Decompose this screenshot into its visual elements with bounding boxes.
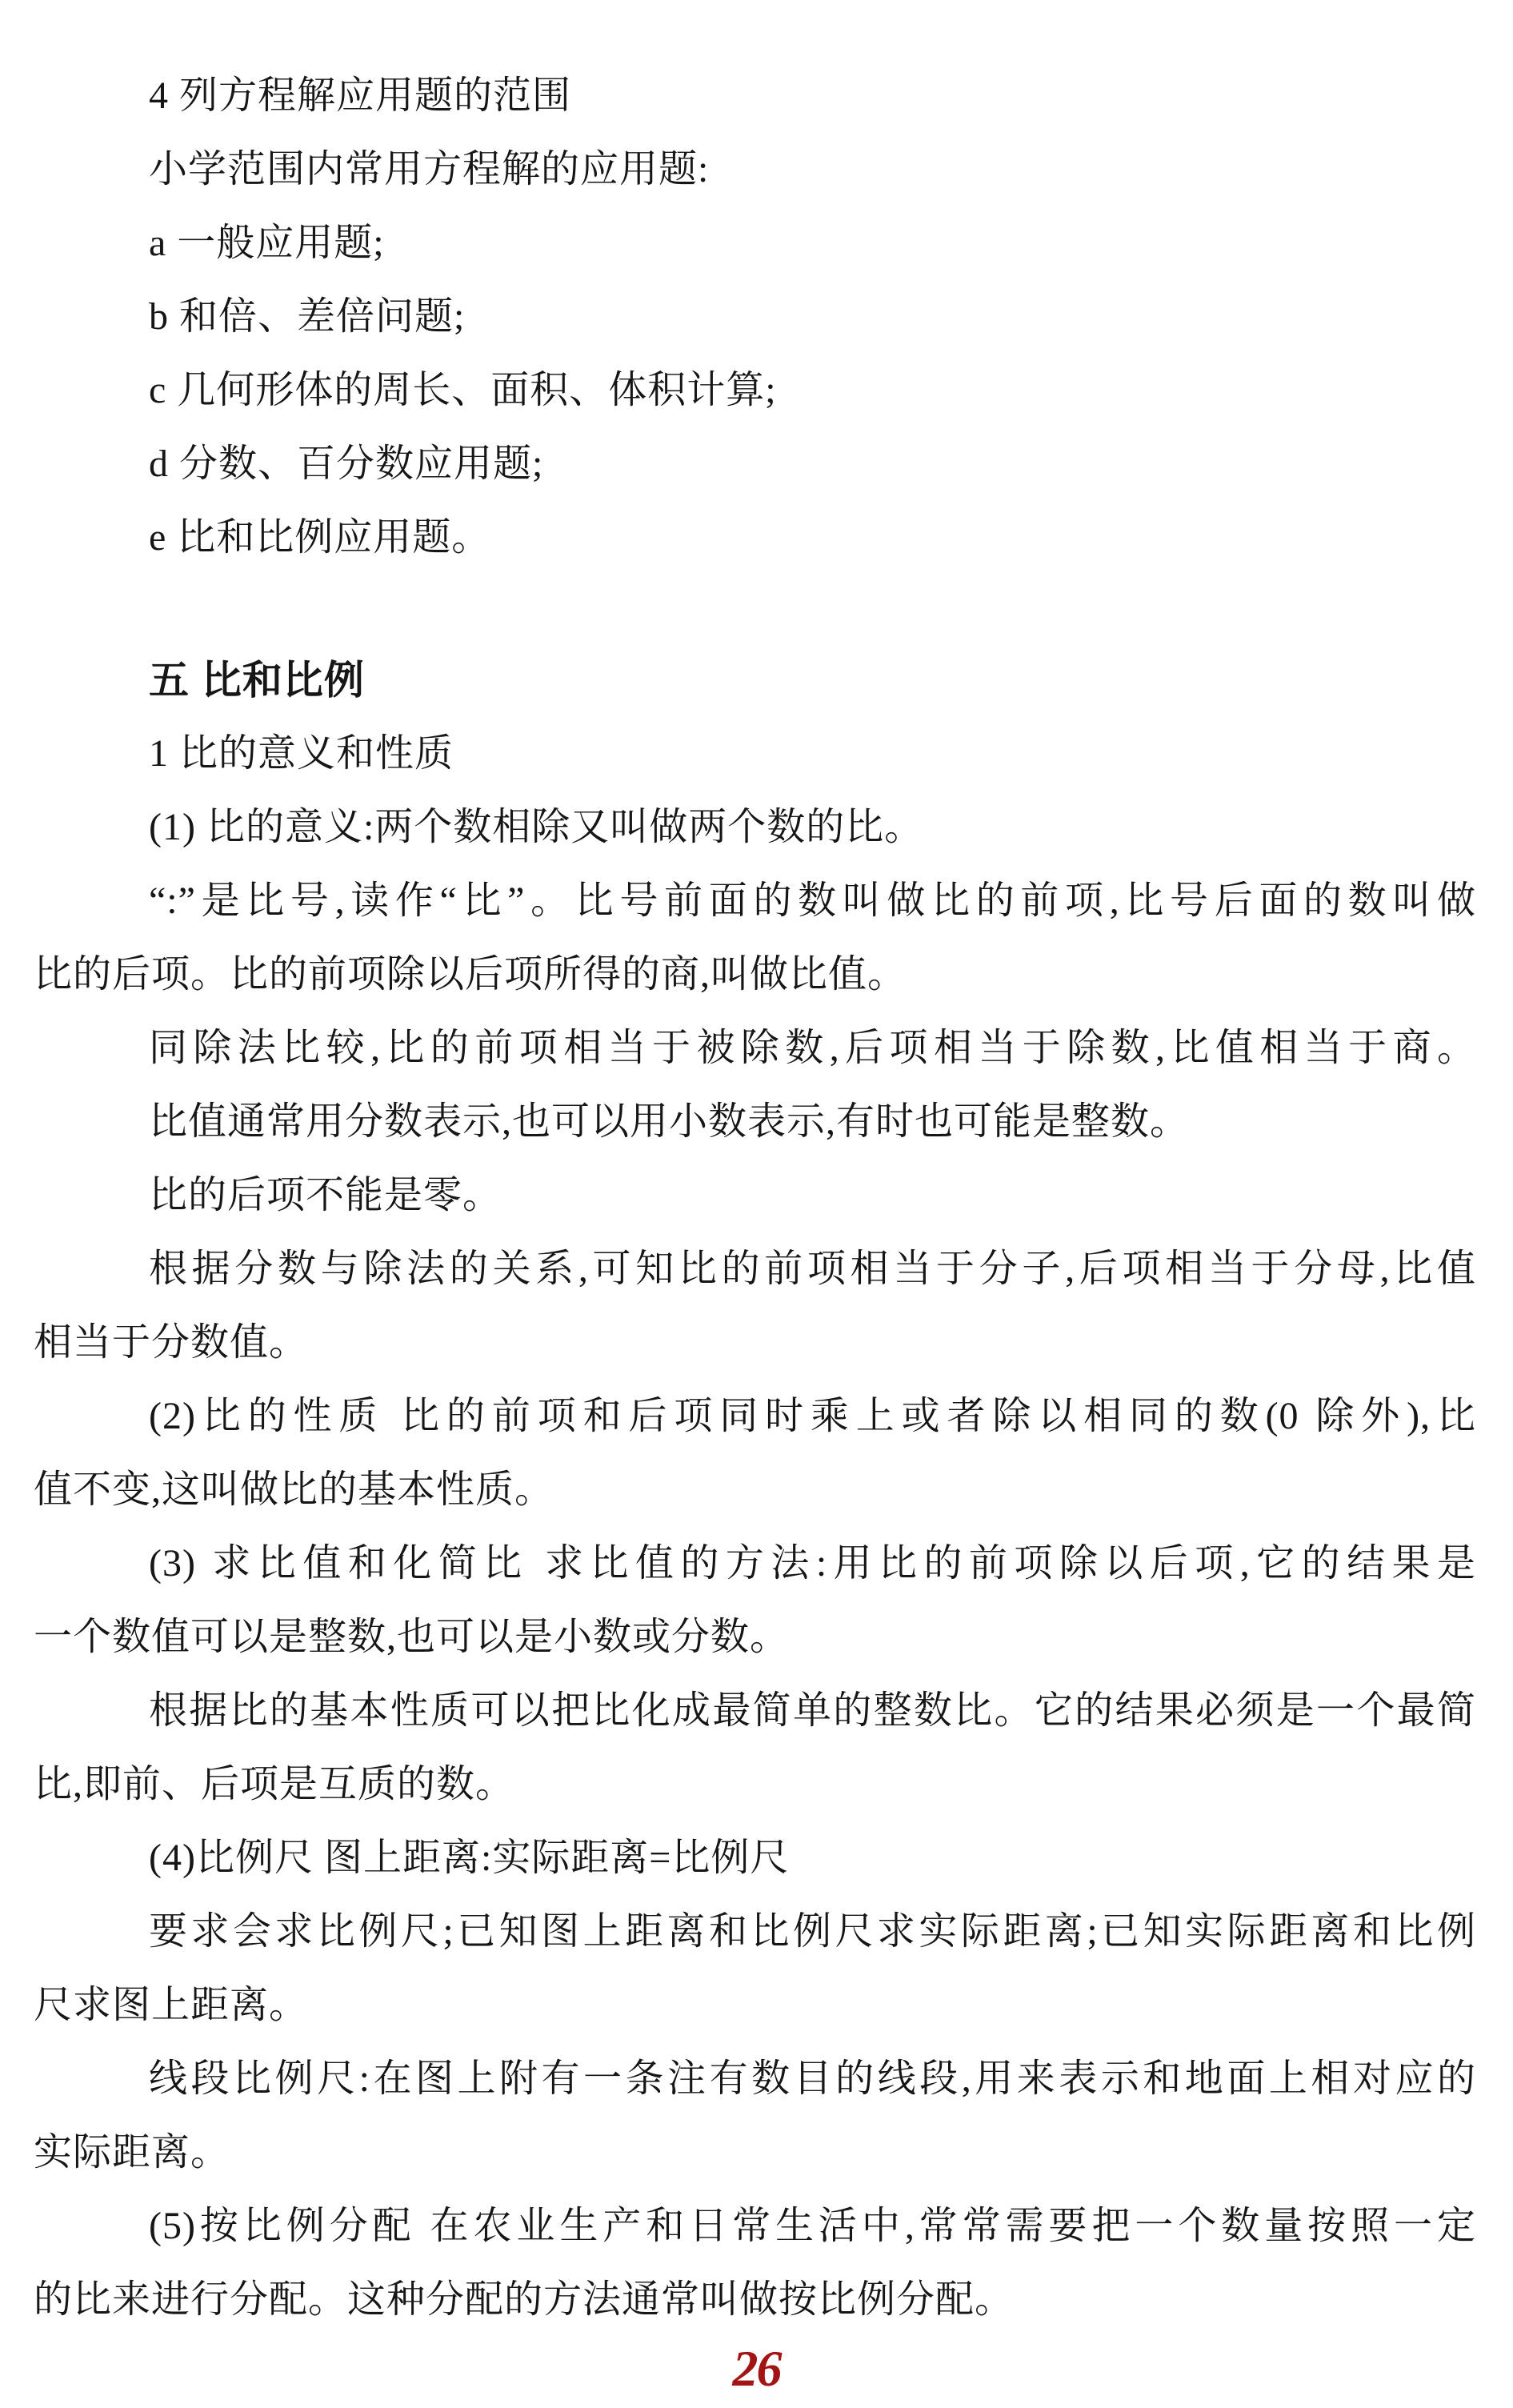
text-line: 比的后项不能是零。 xyxy=(34,1159,1476,1232)
text-line: 线段比例尺:在图上附有一条注有数目的线段,用来表示和地面上相对应的 xyxy=(34,2042,1476,2116)
text-line: 值不变,这叫做比的基本性质。 xyxy=(34,1453,1476,1527)
text-line: 比的后项。比的前项除以后项所得的商,叫做比值。 xyxy=(34,938,1476,1012)
text-line: “:”是比号,读作“比”。比号前面的数叫做比的前项,比号后面的数叫做 xyxy=(34,864,1476,938)
text-line: 尺求图上距离。 xyxy=(34,1969,1476,2042)
text-line: 小学范围内常用方程解的应用题: xyxy=(34,133,1476,206)
text-line: 比值通常用分数表示,也可以用小数表示,有时也可能是整数。 xyxy=(34,1085,1476,1159)
text-line: (1) 比的意义:两个数相除又叫做两个数的比。 xyxy=(34,791,1476,864)
text-line: 要求会求比例尺;已知图上距离和比例尺求实际距离;已知实际距离和比例 xyxy=(34,1895,1476,1969)
text-line: 同除法比较,比的前项相当于被除数,后项相当于除数,比值相当于商。 xyxy=(34,1012,1476,1085)
text-line: a 一般应用题; xyxy=(34,206,1476,280)
text-line: (4)比例尺 图上距离:实际距离=比例尺 xyxy=(34,1821,1476,1895)
text-line: 的比来进行分配。这种分配的方法通常叫做按比例分配。 xyxy=(34,2263,1476,2337)
text-line: e 比和比例应用题。 xyxy=(34,501,1476,575)
text-line: 比,即前、后项是互质的数。 xyxy=(34,1748,1476,1821)
text-line: 一个数值可以是整数,也可以是小数或分数。 xyxy=(34,1601,1476,1674)
text-line: 根据分数与除法的关系,可知比的前项相当于分子,后项相当于分母,比值 xyxy=(34,1232,1476,1306)
text-line: d 分数、百分数应用题; xyxy=(34,427,1476,501)
text-line: 实际距离。 xyxy=(34,2116,1476,2190)
text-line: c 几何形体的周长、面积、体积计算; xyxy=(34,354,1476,427)
document-body: 4 列方程解应用题的范围小学范围内常用方程解的应用题:a 一般应用题;b 和倍、… xyxy=(34,59,1476,2337)
text-line: 根据比的基本性质可以把比化成最简单的整数比。它的结果必须是一个最简 xyxy=(34,1674,1476,1748)
text-line: 4 列方程解应用题的范围 xyxy=(34,59,1476,133)
text-line: (5)按比例分配 在农业生产和日常生活中,常常需要把一个数量按照一定 xyxy=(34,2190,1476,2263)
text-line: (3) 求比值和化简比 求比值的方法:用比的前项除以后项,它的结果是 xyxy=(34,1527,1476,1601)
document-page: 4 列方程解应用题的范围小学范围内常用方程解的应用题:a 一般应用题;b 和倍、… xyxy=(0,0,1513,2408)
text-line: 1 比的意义和性质 xyxy=(34,717,1476,791)
page-number: 26 xyxy=(0,2339,1513,2398)
text-line: b 和倍、差倍问题; xyxy=(34,280,1476,354)
text-line: (2)比的性质 比的前项和后项同时乘上或者除以相同的数(0 除外),比 xyxy=(34,1380,1476,1453)
text-line: 相当于分数值。 xyxy=(34,1306,1476,1380)
section-heading: 五 比和比例 xyxy=(34,643,1476,717)
